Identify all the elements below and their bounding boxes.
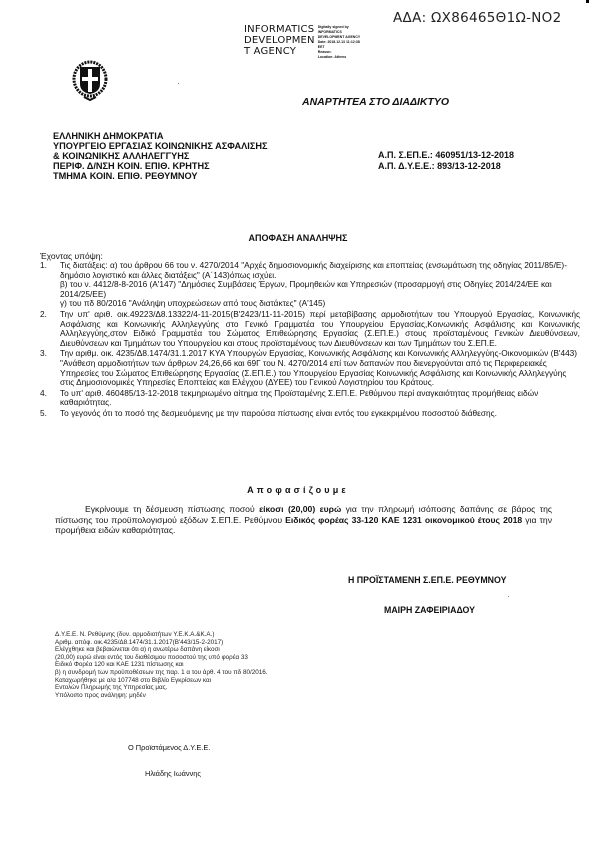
- publish-note: ΑΝΑΡΤΗΤΕΑ ΣΤΟ ΔΙΑΔΙΚΤΥΟ: [302, 96, 449, 108]
- item-number: 5.: [40, 409, 60, 419]
- stamp-signature-details: Digitally signed by INFORMATICS DEVELOPM…: [318, 24, 360, 60]
- scan-speck: [178, 83, 179, 84]
- authority-line: ΕΛΛΗΝΙΚΗ ΔΗΜΟΚΡΑΤΙΑ: [53, 131, 268, 141]
- dyee-line: Ειδικό Φορέα 120 και ΚΑΕ 1231 πίστωσης κ…: [55, 661, 268, 669]
- signatory-name: ΜΑΙΡΗ ΖΑΦΕΙΡΙΑΔΟΥ: [384, 605, 475, 615]
- dyee-verification-note: Δ.Υ.Ε.Ε. Ν. Ρεθύμνης (δυν. αρμοδιοτήτων …: [55, 631, 268, 699]
- item-body: Το υπ' αριθ. 460485/13-12-2018 τεκμηριωμ…: [60, 389, 580, 408]
- item-paragraph: Την αριθμ. οικ. 4235/Δ8.1474/31.1.2017 Κ…: [60, 349, 580, 387]
- consideration-item: 1. Τις διατάξεις: α) του άρθρου 66 του ν…: [40, 261, 580, 309]
- dyee-signatory-title: Ο Προϊστάμενος Δ.Υ.Ε.Ε.: [128, 743, 210, 752]
- item-body: Τις διατάξεις: α) του άρθρου 66 του ν. 4…: [60, 261, 580, 309]
- approval-budget-code: Ειδικός φορέας 33-120 ΚΑΕ 1231 οικονομικ…: [285, 515, 522, 525]
- consideration-item: 2. Την υπ' αριθ. οικ.49223/Δ8.13322/4-11…: [40, 310, 580, 348]
- authority-line: ΥΠΟΥΡΓΕΙΟ ΕΡΓΑΣΙΑΣ ΚΟΙΝΩΝΙΚΗΣ ΑΣΦΑΛΙΣΗΣ: [53, 141, 268, 151]
- protocol-dyee: Α.Π. Δ.Υ.Ε.Ε.: 893/13-12-2018: [378, 161, 514, 172]
- decision-title: ΑΠΟΦΑΣΗ ΑΝΑΛΗΨΗΣ: [0, 233, 596, 243]
- item-number: 4.: [40, 389, 60, 408]
- consideration-item: 5. Το γεγονός ότι το ποσό της δεσμευόμεν…: [40, 409, 580, 419]
- item-paragraph: β) του ν. 4412/8-8-2016 (Α'147) "Δημόσιε…: [60, 280, 580, 299]
- approval-paragraph: Εγκρίνουμε τη δέσμευση πίστωσης ποσού εί…: [55, 504, 552, 536]
- stamp-agency-line: DEVELOPMEN: [244, 35, 315, 46]
- stamp-agency-line: T AGENCY: [244, 46, 315, 57]
- authority-line: & ΚΟΙΝΩΝΙΚΗΣ ΑΛΛΗΛΕΓΓΥΗΣ: [53, 151, 268, 161]
- approval-amount: είκοσι (20,00) ευρώ: [259, 504, 341, 514]
- dyee-line: Ελέγχθηκε και βεβαιώνεται ότι α) η ανωτέ…: [55, 646, 268, 654]
- item-paragraph: Το γεγονός ότι το ποσό της δεσμευόμενης …: [60, 409, 580, 419]
- authority-line: ΤΜΗΜΑ ΚΟΙΝ. ΕΠΙΘ. ΡΕΘΥΜΝΟΥ: [53, 171, 268, 181]
- item-paragraph: Το υπ' αριθ. 460485/13-12-2018 τεκμηριωμ…: [60, 389, 580, 408]
- dyee-line: β) η συνδρομή των προϋποθέσεων της παρ. …: [55, 669, 268, 677]
- considerations-list: 1. Τις διατάξεις: α) του άρθρου 66 του ν…: [40, 261, 580, 420]
- dyee-signatory-name: Ηλιάδης Ιωάννης: [145, 769, 201, 778]
- item-body: Την υπ' αριθ. οικ.49223/Δ8.13322/4-11-20…: [60, 310, 580, 348]
- stamp-detail-line: Location: Athens: [318, 55, 360, 60]
- item-body: Το γεγονός ότι το ποσό της δεσμευόμενης …: [60, 409, 580, 419]
- scan-speck: [508, 596, 509, 597]
- item-paragraph: γ) του πδ 80/2016 "Ανάληψη υποχρεώσεων α…: [60, 299, 580, 309]
- issuing-authority: ΕΛΛΗΝΙΚΗ ΔΗΜΟΚΡΑΤΙΑ ΥΠΟΥΡΓΕΙΟ ΕΡΓΑΣΙΑΣ Κ…: [53, 131, 268, 181]
- protocol-numbers: Α.Π. Σ.ΕΠ.Ε.: 460951/13-12-2018 Α.Π. Δ.Υ…: [378, 150, 514, 171]
- item-number: 3.: [40, 349, 60, 387]
- item-paragraph: Την υπ' αριθ. οικ.49223/Δ8.13322/4-11-20…: [60, 310, 580, 348]
- item-number: 1.: [40, 261, 60, 309]
- dyee-line: Δ.Υ.Ε.Ε. Ν. Ρεθύμνης (δυν. αρμοδιοτήτων …: [55, 631, 268, 639]
- stamp-agency: INFORMATICS DEVELOPMEN T AGENCY: [244, 24, 315, 60]
- approval-text: Εγκρίνουμε τη δέσμευση πίστωσης ποσού: [85, 504, 259, 514]
- stamp-agency-line: INFORMATICS: [244, 24, 315, 35]
- item-number: 2.: [40, 310, 60, 348]
- dyee-line: Εντολών Πληρωμής της Υπηρεσίας μας.: [55, 684, 268, 692]
- authority-line: ΠΕΡΙΦ. Δ/ΝΣΗ ΚΟΙΝ. ΕΠΙΘ. ΚΡΗΤΗΣ: [53, 161, 268, 171]
- digital-signature-stamp: INFORMATICS DEVELOPMEN T AGENCY Digitall…: [244, 24, 360, 60]
- scan-speck: [586, 0, 589, 3]
- consideration-item: 3. Την αριθμ. οικ. 4235/Δ8.1474/31.1.201…: [40, 349, 580, 387]
- decide-heading: Αποφασίζουμε: [0, 485, 596, 495]
- item-body: Την αριθμ. οικ. 4235/Δ8.1474/31.1.2017 Κ…: [60, 349, 580, 387]
- dyee-line: Υπόλοιπο προς ανάληψη: μηδέν: [55, 692, 268, 700]
- item-paragraph: Τις διατάξεις: α) του άρθρου 66 του ν. 4…: [60, 261, 580, 280]
- signatory-title: Η ΠΡΟΪΣΤΑΜΕΝΗ Σ.ΕΠ.Ε. ΡΕΘΥΜΝΟΥ: [348, 575, 507, 585]
- ada-code: ΑΔΑ: ΩΧ86465Θ1Ω-ΝΟ2: [393, 10, 561, 26]
- protocol-sepe: Α.Π. Σ.ΕΠ.Ε.: 460951/13-12-2018: [378, 150, 514, 161]
- greek-coat-of-arms-icon: [72, 60, 108, 102]
- consideration-item: 4. Το υπ' αριθ. 460485/13-12-2018 τεκμηρ…: [40, 389, 580, 408]
